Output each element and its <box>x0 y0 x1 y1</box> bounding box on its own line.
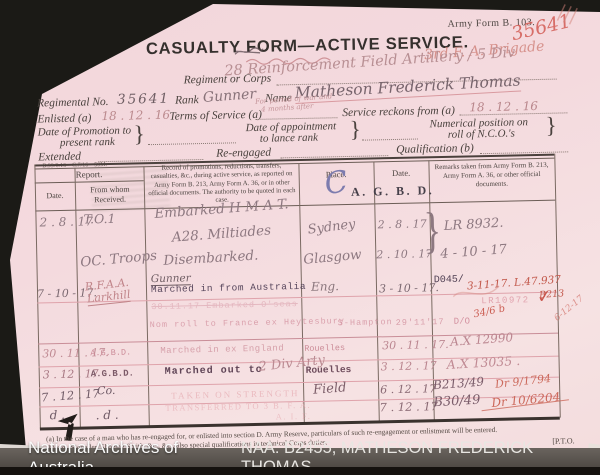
numerical-label-line2: roll of N.C.O.'s <box>448 127 515 140</box>
row2-place: Eng. <box>311 279 339 294</box>
terms-blank <box>255 107 337 120</box>
col-divider-3 <box>298 163 304 423</box>
row5-report-date: 7 . 12 . 17 <box>41 386 100 404</box>
qualification-label: Qualification (b) <box>396 142 474 156</box>
row4-from: A.G.B.D. <box>91 369 134 380</box>
col-header-from: From whom Received. <box>79 184 141 204</box>
appointment-brace: } <box>349 117 361 143</box>
row3-remarks: A.X 12990 <box>450 330 514 349</box>
enlisted-label: Enlisted (a) <box>37 112 91 125</box>
red-ink-scribble <box>555 2 581 27</box>
row4-record-typed: Marched out to <box>165 365 263 378</box>
stamp-line1: 30.11.17 Embarked O'seas <box>151 299 298 312</box>
row4-date: 3 . 12 . 17 <box>381 359 437 373</box>
promotion-label-line2: present rank <box>60 136 115 149</box>
row1-place-line2: Glasgow <box>303 247 363 268</box>
row3-place: Rouelles <box>304 343 345 354</box>
row6-stamp-line2: A. I. F. <box>276 411 312 422</box>
form-content: Army Form B. 103. 35641 CASUALTY FORM—AC… <box>0 0 600 475</box>
row2-record-typed: Marched in from Australia <box>151 281 306 295</box>
row1-place-line1: Sydney <box>307 217 356 238</box>
row4-remarks: A.X 13035 . <box>446 353 520 372</box>
col-header-date: Date. <box>35 191 75 201</box>
agbd-stamp: A. G. B. D. <box>351 183 434 200</box>
regimental-no-value: 35641 <box>117 91 170 108</box>
reengaged-label: Re-engaged <box>216 147 271 160</box>
stamp-line2: Nom roll to France ex Heytesbury <box>150 316 345 330</box>
row1-remarks-line2: 4 - 10 - 17 <box>440 242 508 262</box>
col-header-date2: Date. <box>374 167 429 178</box>
promotion-brace: } <box>133 121 145 147</box>
dark-ink-scribble <box>234 45 264 60</box>
qualification-blank <box>480 141 568 154</box>
row1-remarks-line1: LR 8932. <box>443 216 504 234</box>
row5-remarks-ref: B213/49 <box>433 375 485 393</box>
row1-from-line1: T.O.1 <box>83 211 115 227</box>
casualty-form-scan: Army Form B. 103. 35641 CASUALTY FORM—AC… <box>0 0 600 475</box>
extended-blank <box>98 149 203 162</box>
row3-date: 30 . 11 . 17. <box>382 338 449 352</box>
row3-record: Marched in ex England <box>160 343 284 356</box>
red-tick: ✓ <box>536 287 552 308</box>
regimental-no-label: Regimental No. <box>37 96 109 109</box>
scan-bottom-edge <box>0 467 600 475</box>
stamp-lr-number: LR10972 <box>481 295 530 306</box>
reengaged-blank <box>280 145 388 158</box>
row1-record-line3: Disembarked. <box>163 248 259 269</box>
row5-place: Field <box>313 380 347 397</box>
row5-remarks-red: Dr 9/1794 <box>494 372 551 391</box>
stamp-do: D/O <box>454 316 470 326</box>
row1-remarks-brace: } <box>423 201 442 260</box>
row3-from: A.G.B.D. <box>90 348 131 359</box>
row6-date: 7 . 12 . 17 <box>379 399 438 414</box>
row5-date: 6 . 12 . 17 <box>380 382 436 396</box>
stamp-place: S-Hampton <box>338 317 393 328</box>
extended-label: Extended <box>38 151 81 164</box>
row1-date-line1: 2 . 8 . 17 <box>378 217 427 231</box>
row5-from: Co. <box>97 384 116 397</box>
archive-caption-bar: National Archives of Australia NAA: B245… <box>0 448 600 468</box>
reckons-value: 18 . 12 . 16 <box>469 99 538 114</box>
numerical-brace: } <box>545 113 557 139</box>
terms-label: Terms of Service (a) <box>169 109 262 123</box>
row2-date: 3 - 10 - 17. <box>379 281 439 295</box>
row5-stamp: TAKEN ON STRENGTH <box>171 388 299 401</box>
stamp-date: 29'11'17 <box>396 317 445 328</box>
appointment-label-line2: to lance rank <box>260 132 318 145</box>
rank-value: Gunner <box>202 86 256 106</box>
row4-place: Rouelles <box>306 364 352 376</box>
row6-from: . d . <box>95 408 118 422</box>
promotion-blank <box>148 132 236 145</box>
rank-label: Rank <box>175 94 199 106</box>
col-header-remarks: Remarks taken from Army Form B. 213, Arm… <box>430 161 553 190</box>
row6-remarks-ref: B30/49 <box>433 393 481 411</box>
row1-record-line2: A28. Miltiades <box>171 222 271 245</box>
appointment-blank <box>362 129 418 141</box>
